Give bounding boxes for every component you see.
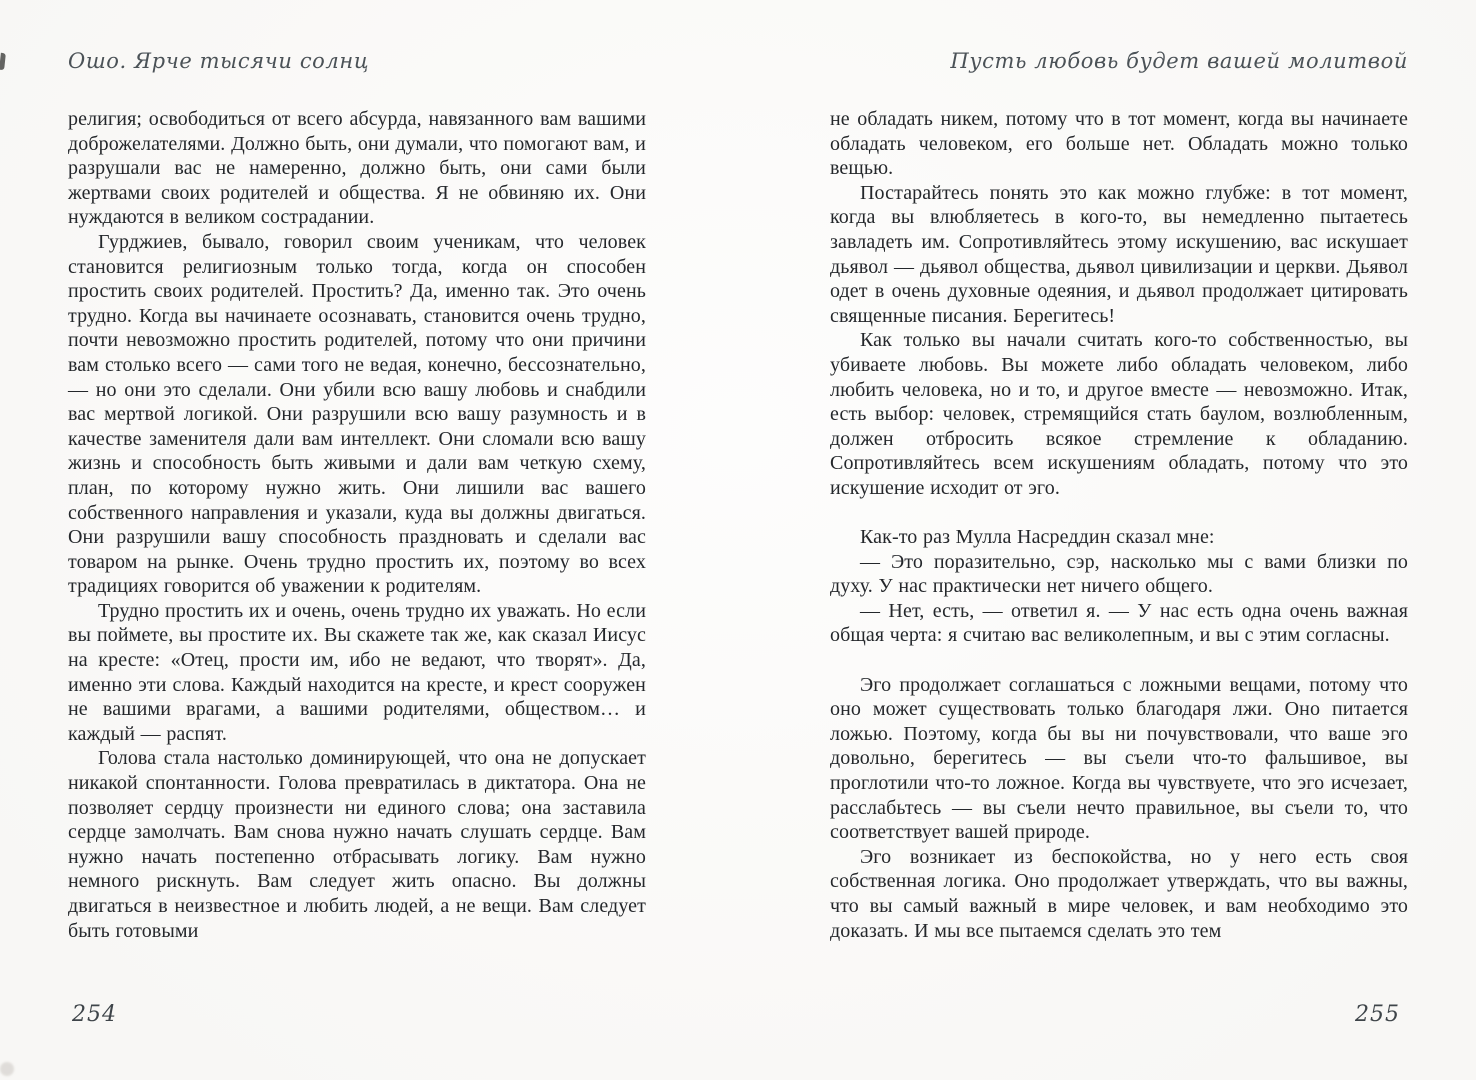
left-running-header: Ошо. Ярче тысячи солнц bbox=[68, 48, 646, 74]
right-page: Пусть любовь будет вашей молитвой не обл… bbox=[830, 48, 1408, 943]
paragraph: религия; освободиться от всего абсурда, … bbox=[68, 107, 646, 230]
right-running-header: Пусть любовь будет вашей молитвой bbox=[830, 48, 1408, 74]
left-page-body: религия; освободиться от всего абсурда, … bbox=[68, 107, 646, 943]
paragraph: Трудно простить их и очень, очень трудно… bbox=[68, 599, 646, 747]
right-page-body: не обладать никем, потому что в тот моме… bbox=[830, 107, 1408, 943]
paragraph: Голова стала настолько доминирующей, что… bbox=[68, 746, 646, 943]
paragraph: Гурджиев, бывало, говорил своим ученикам… bbox=[68, 230, 646, 599]
paragraph: Как-то раз Мулла Насреддин сказал мне: bbox=[830, 525, 1408, 550]
paragraph: — Нет, есть, — ответил я. — У нас есть о… bbox=[830, 599, 1408, 648]
paragraph: — Это поразительно, сэр, насколько мы с … bbox=[830, 550, 1408, 599]
left-page: Ошо. Ярче тысячи солнц религия; освободи… bbox=[68, 48, 646, 943]
left-page-number: 254 bbox=[72, 1002, 117, 1027]
scan-artifact-bottom-corner bbox=[0, 1062, 14, 1076]
right-page-number: 255 bbox=[1355, 1002, 1400, 1027]
paragraph: не обладать никем, потому что в тот моме… bbox=[830, 107, 1408, 181]
book-spread: Ошо. Ярче тысячи солнц религия; освободи… bbox=[0, 0, 1476, 1080]
paragraph: Эго возникает из беспокойства, но у него… bbox=[830, 845, 1408, 943]
paragraph: Как только вы начали считать кого-то соб… bbox=[830, 328, 1408, 500]
scan-artifact-left-edge bbox=[0, 53, 6, 70]
paragraph: Постарайтесь понять это как можно глубже… bbox=[830, 181, 1408, 329]
paragraph: Эго продолжает соглашаться с ложными вещ… bbox=[830, 673, 1408, 845]
